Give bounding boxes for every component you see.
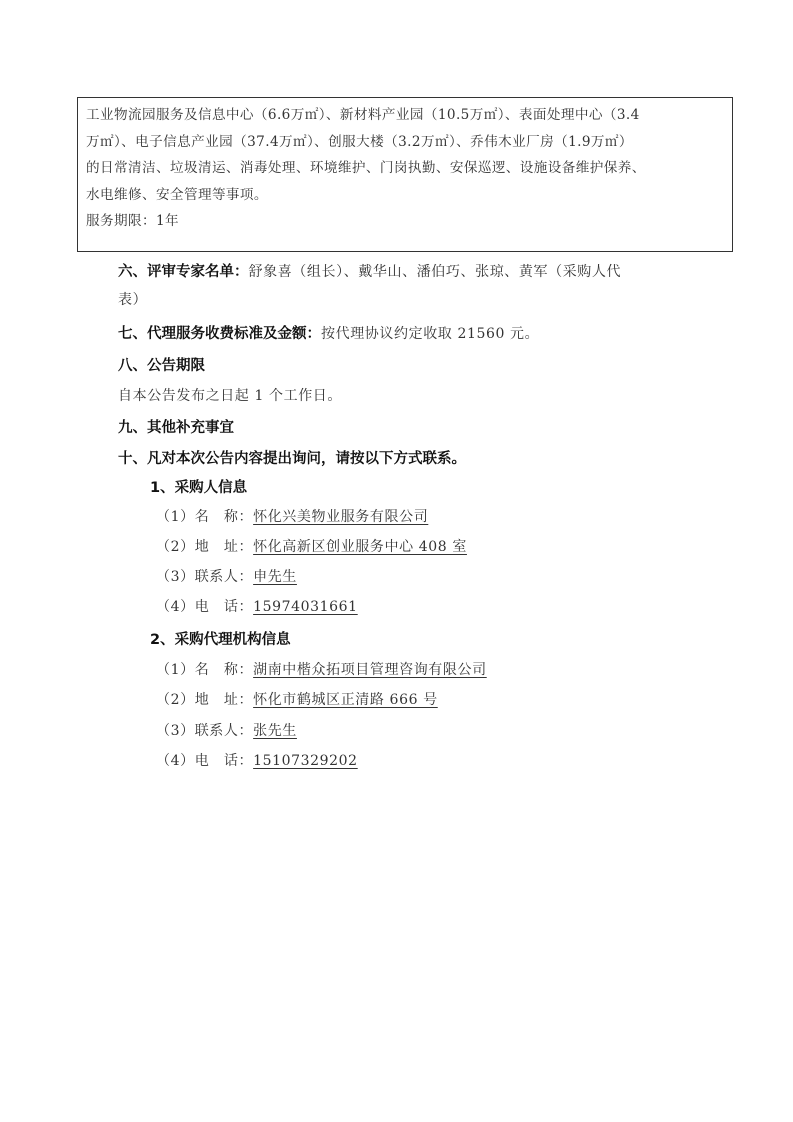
agency-contact-link[interactable]: 张先生 bbox=[253, 723, 297, 739]
service-period: 服务期限：1年 bbox=[86, 208, 732, 235]
agency-address-link[interactable]: 怀化市鹤城区正清路 666 号 bbox=[253, 692, 438, 708]
purchaser-name-label: （1）名 称： bbox=[156, 506, 253, 526]
agency-name-link[interactable]: 湖南中楷众拓项目管理咨询有限公司 bbox=[253, 662, 487, 678]
section-9-heading: 九、其他补充事宜 bbox=[118, 416, 234, 437]
scope-line: 的日常清洁、垃圾清运、消毒处理、环境维护、门岗执勤、安保巡逻、设施设备维护保养、 bbox=[86, 155, 732, 182]
purchaser-phone-link[interactable]: 15974031661 bbox=[253, 599, 358, 615]
expert-list-continued: 表） bbox=[118, 289, 147, 309]
service-scope-box: 工业物流园服务及信息中心（6.6万㎡）、新材料产业园（10.5万㎡）、表面处理中… bbox=[77, 97, 733, 252]
purchaser-phone-row: （4）电 话：15974031661 bbox=[156, 596, 358, 616]
section-6-heading: 六、评审专家名单： bbox=[118, 264, 249, 280]
agency-name-label: （1）名 称： bbox=[156, 659, 253, 679]
scope-line: 水电维修、安全管理等事项。 bbox=[86, 182, 732, 209]
agency-contact-row: （3）联系人：张先生 bbox=[156, 720, 297, 740]
agency-address-row: （2）地 址：怀化市鹤城区正清路 666 号 bbox=[156, 689, 438, 709]
purchaser-heading: 1、采购人信息 bbox=[150, 476, 247, 497]
purchaser-address-label: （2）地 址： bbox=[156, 536, 253, 556]
purchaser-contact-label: （3）联系人： bbox=[156, 566, 253, 586]
section-6-experts: 六、评审专家名单：舒象喜（组长）、戴华山、潘伯巧、张琼、黄军（采购人代 bbox=[118, 260, 621, 281]
purchaser-phone-label: （4）电 话： bbox=[156, 596, 253, 616]
section-10-heading: 十、凡对本次公告内容提出询问，请按以下方式联系。 bbox=[118, 447, 466, 468]
section-7-fee: 七、代理服务收费标准及金额：按代理协议约定收取 21560 元。 bbox=[118, 322, 539, 343]
purchaser-contact-link[interactable]: 申先生 bbox=[253, 569, 297, 585]
purchaser-name-row: （1）名 称：怀化兴美物业服务有限公司 bbox=[156, 506, 428, 526]
agency-name-row: （1）名 称：湖南中楷众拓项目管理咨询有限公司 bbox=[156, 659, 487, 679]
purchaser-name-link[interactable]: 怀化兴美物业服务有限公司 bbox=[253, 509, 428, 525]
section-8-heading: 八、公告期限 bbox=[118, 354, 205, 375]
agency-contact-label: （3）联系人： bbox=[156, 720, 253, 740]
purchaser-contact-row: （3）联系人：申先生 bbox=[156, 566, 297, 586]
purchaser-address-row: （2）地 址：怀化高新区创业服务中心 408 室 bbox=[156, 536, 467, 556]
section-7-heading: 七、代理服务收费标准及金额： bbox=[118, 326, 321, 342]
notice-period-text: 自本公告发布之日起 1 个工作日。 bbox=[118, 385, 342, 405]
fee-text: 按代理协议约定收取 21560 元。 bbox=[321, 326, 539, 342]
agency-address-label: （2）地 址： bbox=[156, 689, 253, 709]
agency-phone-label: （4）电 话： bbox=[156, 750, 253, 770]
scope-line: 工业物流园服务及信息中心（6.6万㎡）、新材料产业园（10.5万㎡）、表面处理中… bbox=[86, 102, 732, 129]
purchaser-address-link[interactable]: 怀化高新区创业服务中心 408 室 bbox=[253, 539, 467, 555]
agency-heading: 2、采购代理机构信息 bbox=[150, 628, 291, 649]
agency-phone-row: （4）电 话：15107329202 bbox=[156, 750, 358, 770]
expert-list: 舒象喜（组长）、戴华山、潘伯巧、张琼、黄军（采购人代 bbox=[249, 264, 622, 280]
agency-phone-link[interactable]: 15107329202 bbox=[253, 753, 358, 769]
scope-line: 万㎡）、电子信息产业园（37.4万㎡）、创服大楼（3.2万㎡）、乔伟木业厂房（1… bbox=[86, 129, 732, 156]
